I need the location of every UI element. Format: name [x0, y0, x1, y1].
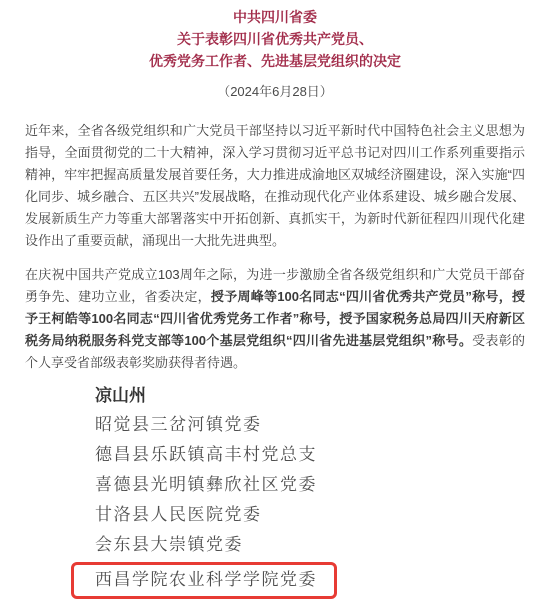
title-line-2: 关于表彰四川省优秀共产党员、 [25, 28, 525, 50]
org-list-item: 喜德县光明镇彝欣社区党委 [95, 470, 525, 500]
document-date: （2024年6月28日） [25, 82, 525, 102]
highlighted-org-label: 西昌学院农业科学学院党委 [95, 570, 317, 590]
org-list-item: 会东县大崇镇党委 [95, 530, 525, 560]
paragraph-intro: 近年来，全省各级党组织和广大党员干部坚持以习近平新时代中国特色社会主义思想为指导… [25, 120, 525, 252]
org-list-item-highlighted: 西昌学院农业科学学院党委 [25, 562, 525, 599]
title-line-3: 优秀党务工作者、先进基层党组织的决定 [25, 50, 525, 72]
document-title-block: 中共四川省委 关于表彰四川省优秀共产党员、 优秀党务工作者、先进基层党组织的决定 [25, 6, 525, 72]
org-list-item: 德昌县乐跃镇高丰村党总支 [95, 440, 525, 470]
highlight-red-box: 西昌学院农业科学学院党委 [71, 562, 337, 599]
org-list-item: 昭觉县三岔河镇党委 [95, 410, 525, 440]
paragraph-decision: 在庆祝中国共产党成立103周年之际，为进一步激励全省各级党组织和广大党员干部奋勇… [25, 264, 525, 374]
title-line-1: 中共四川省委 [25, 6, 525, 28]
org-list-item: 甘洛县人民医院党委 [95, 500, 525, 530]
region-heading-liangshan: 凉山州 [95, 384, 525, 408]
document-page: 中共四川省委 关于表彰四川省优秀共产党员、 优秀党务工作者、先进基层党组织的决定… [0, 0, 549, 600]
org-list: 昭觉县三岔河镇党委 德昌县乐跃镇高丰村党总支 喜德县光明镇彝欣社区党委 甘洛县人… [25, 410, 525, 599]
